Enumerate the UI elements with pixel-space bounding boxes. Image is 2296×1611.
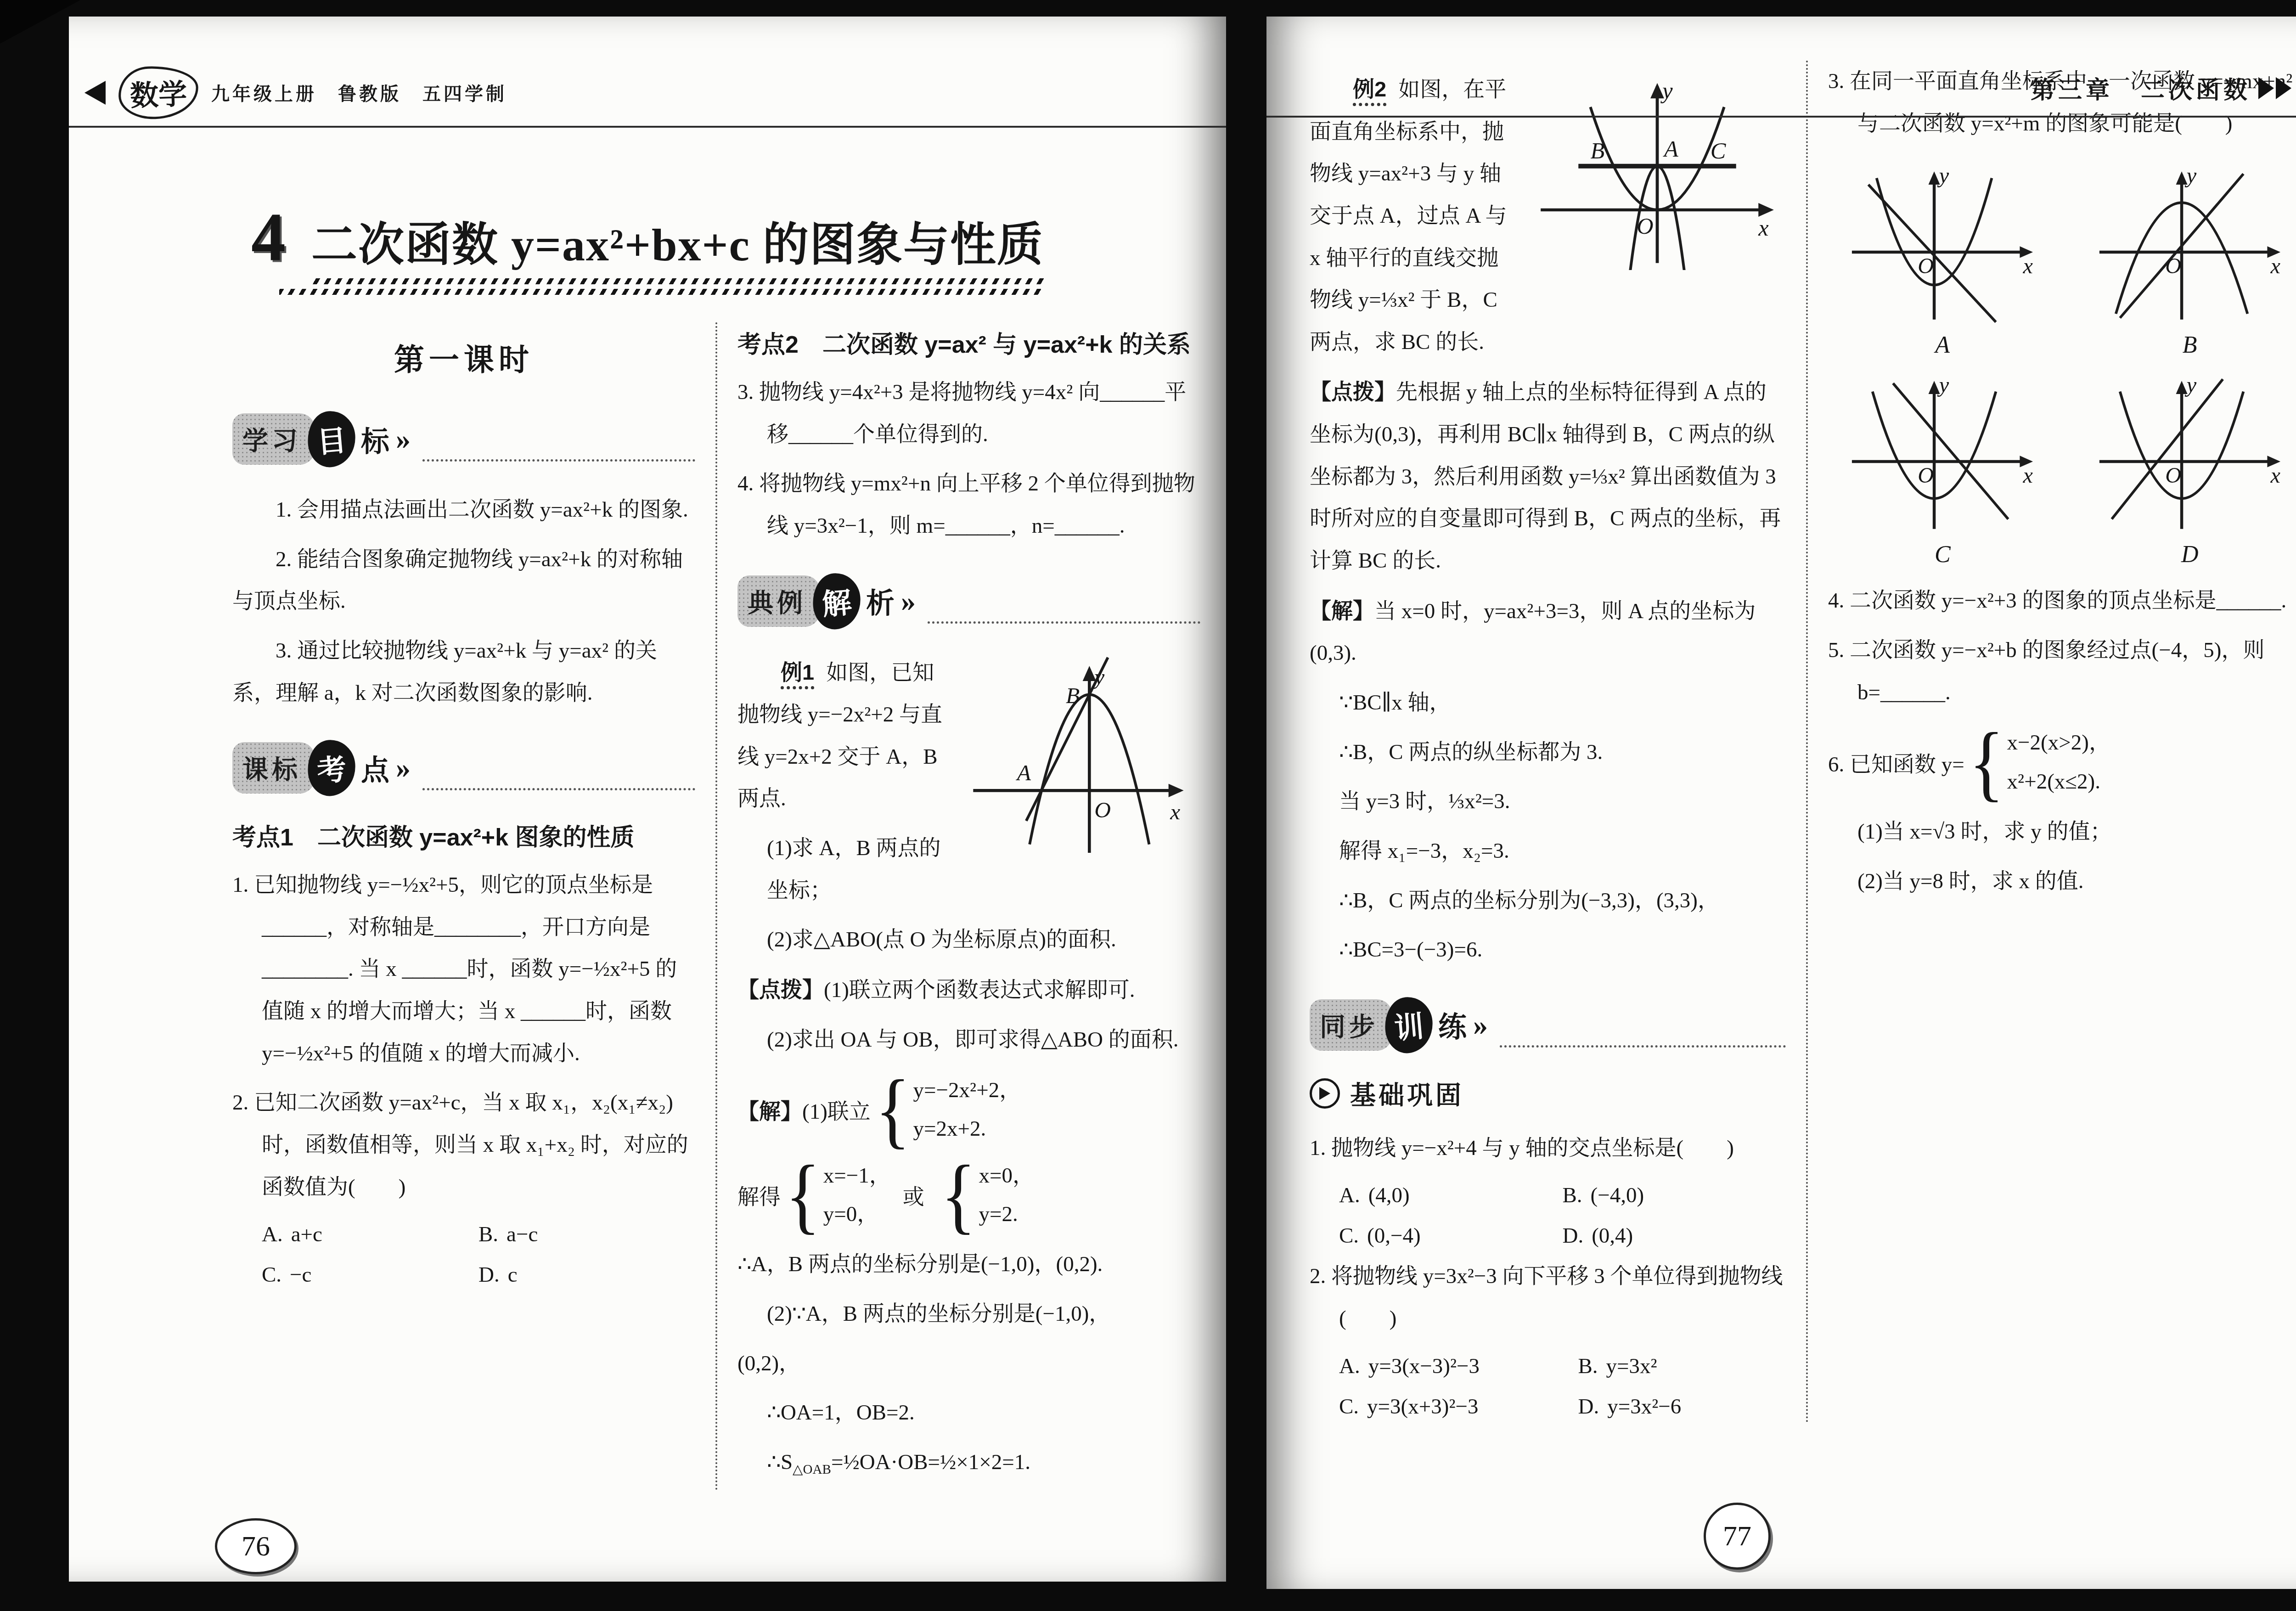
option-text: (−4,0): [1591, 1183, 1644, 1207]
option-b: B.a−c: [478, 1222, 695, 1247]
option-label: C.: [262, 1263, 281, 1287]
graph-caption: A: [1844, 332, 2041, 359]
hint-tag: 【点拨】: [737, 977, 824, 1002]
figure-label-x: x: [1170, 799, 1180, 824]
dotted-leader: [422, 788, 695, 790]
double-arrow-icon: [2258, 77, 2291, 99]
column-2: 考点2 二次函数 y=ax² 与 y=ax²+k 的关系 3. 抛物线 y=4x…: [737, 322, 1200, 1491]
graph-caption: C: [1844, 541, 2041, 568]
option-text: y=3(x−3)²−3: [1368, 1354, 1480, 1378]
badge-rest-part: 点: [361, 748, 389, 789]
solve-word: 解得: [737, 1180, 781, 1211]
equation-line: y=2x+2.: [913, 1115, 1021, 1143]
figure-label-O: O: [1918, 254, 1934, 279]
example-1: y B A O x 例1如图，已知抛物线 y=−2x²+2 与直线 y=2x+2…: [737, 651, 1200, 1484]
example-2-sol2: ∵BC∥x 轴，: [1310, 682, 1786, 724]
figure-label-O: O: [1918, 464, 1934, 488]
sync-training-badge: 同步 训 练 »: [1310, 997, 1786, 1053]
option-d: D.(0,4): [1563, 1223, 1786, 1248]
goal-item: 1. 会用描点法画出二次函数 y=ax²+k 的图象.: [232, 489, 695, 531]
figure-label-y: y: [1937, 373, 1949, 398]
wavy-underline: [311, 278, 1044, 284]
example-2-tag: 例2: [1353, 77, 1386, 106]
scan-corner-shadow: [0, 0, 80, 44]
option-label: A.: [1339, 1183, 1360, 1207]
column-divider: [715, 322, 717, 1491]
badge-arrows: »: [396, 751, 409, 785]
question-6-sub1: (1)当 x=√3 时，求 y 的值；: [1828, 811, 2296, 853]
example-2-sol1: 【解】当 x=0 时，y=ax²+3=3，则 A 点的坐标为(0,3).: [1310, 590, 1786, 675]
s-subscript: △OAB: [793, 1462, 831, 1477]
question-2-options: A.a+c B.a−c C.−c D.c: [232, 1222, 695, 1287]
example-2-sol5: 解得 x₁=−3，x₂=3.: [1310, 830, 1786, 873]
option-label: D.: [478, 1263, 500, 1287]
arrow-circle-icon: [1310, 1078, 1340, 1109]
example-2-figure: y A B C O x: [1529, 73, 1786, 270]
option-text: (0,−4): [1367, 1224, 1421, 1248]
badge-gray-part: 课标: [232, 742, 315, 794]
header-rule: [1266, 116, 2296, 118]
page-number-77: 77: [1704, 1503, 1771, 1570]
figure-label-O: O: [1094, 797, 1111, 822]
subject-badge: 数学: [118, 65, 199, 120]
wavy-underline: [279, 289, 1041, 295]
example-1-sol2-line1: (2)∵A，B 两点的坐标分别是(−1,0)，: [737, 1293, 1200, 1335]
goal-item: 2. 能结合图象确定抛物线 y=ax²+k 的对称轴与顶点坐标.: [232, 539, 695, 623]
option-label: B.: [1578, 1354, 1598, 1378]
column-1: 第一课时 学习 目 标 » 1. 会用描点法画出二次函数 y=ax²+k 的图象…: [232, 322, 695, 1491]
option-label: A.: [1339, 1354, 1360, 1378]
figure-label-A: A: [1663, 136, 1678, 162]
option-graphs: y O x A y O: [1828, 161, 2296, 568]
question-4-right: 4. 二次函数 y=−x²+3 的图象的顶点坐标是______.: [1828, 580, 2296, 622]
example-2-hint: 【点拨】先根据 y 轴上点的坐标特征得到 A 点的坐标为(0,3)，再利用 BC…: [1310, 371, 1786, 582]
section-title: 4 二次函数 y=ax²+bx+c 的图象与性质: [69, 198, 1226, 295]
badge-blob-part: 解: [810, 571, 863, 631]
column-4: 3. 在同一平面直角坐标系中，一次函数 y=−mx+n² 与二次函数 y=x²+…: [1828, 61, 2296, 1424]
page-right: 第三章 二次函数 y A B: [1266, 17, 2296, 1589]
option-label: C.: [1339, 1224, 1359, 1248]
option-label: D.: [1563, 1224, 1584, 1248]
example-2-sol6: ∴B，C 两点的坐标分别为(−3,3)，(3,3)，: [1310, 880, 1786, 922]
figure-label-O: O: [2165, 254, 2181, 279]
option-a: A.(4,0): [1339, 1183, 1563, 1208]
question-6-sub2: (2)当 y=8 时，求 x 的值.: [1828, 861, 2296, 903]
basic-question-1-options: A.(4,0) B.(−4,0) C.(0,−4) D.(0,4): [1310, 1183, 1786, 1248]
example-1-solution-system2: 解得 { x=−1， y=0， 或 { x=0，: [737, 1158, 1200, 1232]
equation-line: x=−1，: [823, 1162, 891, 1189]
s-symbol: ∴S: [767, 1450, 793, 1474]
example-1-hint2: (2)求出 OA 与 OB，即可求得△ABO 的面积.: [737, 1019, 1200, 1061]
example-1-part2: (2)求△ABO(点 O 为坐标原点)的面积.: [737, 919, 1200, 961]
figure-label-x: x: [1758, 215, 1768, 241]
badge-rest-part: 标: [361, 419, 389, 460]
option-text: (4,0): [1368, 1183, 1410, 1207]
left-page-header: 数学 九年级上册 鲁教版 五四学制: [84, 66, 507, 119]
hint-text: 先根据 y 轴上点的坐标特征得到 A 点的坐标为(0,3)，再利用 BC∥x 轴…: [1310, 380, 1781, 573]
page-number-76: 76: [215, 1518, 297, 1574]
equation-line: y=−2x²+2，: [913, 1077, 1021, 1104]
example-analysis-badge: 典例 解 析 »: [737, 573, 1200, 629]
question-5-right: 5. 二次函数 y=−x²+b 的图象经过点(−4，5)，则 b=______.: [1828, 630, 2296, 714]
right-page-columns: y A B C O x 例2如图，在平面直角坐标系中，抛物线 y=ax²+3 与…: [1266, 17, 2296, 1424]
solution-lead: (1)联立: [802, 1094, 871, 1125]
section-title-text: 二次函数 y=ax²+bx+c 的图象与性质: [311, 208, 1044, 295]
example-2: y A B C O x 例2如图，在平面直角坐标系中，抛物线 y=ax²+3 与…: [1310, 68, 1786, 971]
example-2-text: 如图，在平面直角坐标系中，抛物线 y=ax²+3 与 y 轴交于点 A，过点 A…: [1310, 78, 1507, 354]
figure-label-y: y: [2184, 373, 2197, 398]
question-4: 4. 将抛物线 y=mx²+n 向上平移 2 个单位得到抛物线 y=3x²−1，…: [737, 463, 1200, 547]
figure-label-x: x: [2023, 254, 2033, 279]
goal-item: 3. 通过比较抛物线 y=ax²+k 与 y=ax² 的关系，理解 a，k 对二…: [232, 630, 695, 714]
figure-label-x: x: [2270, 254, 2280, 279]
solution-text: 当 x=0 时，y=ax²+3=3，则 A 点的坐标为(0,3).: [1310, 599, 1756, 665]
equation-system: { x=−1， y=0，: [785, 1158, 891, 1232]
kaodian1-heading: 考点1 二次函数 y=ax²+k 图象的性质: [232, 818, 695, 852]
option-d: D.y=3x²−6: [1578, 1394, 1786, 1419]
example-2-sol7: ∴BC=3−(−3)=6.: [1310, 929, 1786, 971]
case-line: x−2(x>2)，: [2007, 729, 2110, 756]
option-label: B.: [478, 1222, 498, 1246]
option-a: A.y=3(x−3)²−3: [1339, 1354, 1578, 1379]
left-page-columns: 第一课时 学习 目 标 » 1. 会用描点法画出二次函数 y=ax²+k 的图象…: [69, 295, 1226, 1491]
figure-label-x: x: [2023, 464, 2033, 488]
figure-label-y: y: [1092, 664, 1104, 689]
figure-label-y: y: [1937, 164, 1949, 188]
brace-glyph: {: [1969, 720, 2004, 805]
example-1-sol2-line4: ∴S△OAB=½OA·OB=½×1×2=1.: [737, 1442, 1200, 1484]
example-1-solution-system1: 【解】 (1)联立 { y=−2x²+2， y=2x+2.: [737, 1073, 1200, 1146]
edition-info: 九年级上册 鲁教版 五四学制: [211, 79, 507, 106]
option-text: a+c: [291, 1222, 322, 1246]
graph-caption: D: [2091, 541, 2289, 568]
badge-blob-part: 训: [1383, 995, 1435, 1055]
solution-tag: 【解】: [1310, 598, 1374, 623]
badge-arrows: »: [901, 584, 914, 618]
badge-arrows: »: [396, 422, 409, 456]
question-1: 1. 已知抛物线 y=−½x²+5，则它的顶点坐标是______，对称轴是___…: [232, 864, 695, 1075]
kaodian2-heading: 考点2 二次函数 y=ax² 与 y=ax²+k 的关系: [737, 325, 1200, 360]
question-6-lead: 6. 已知函数 y=: [1828, 747, 1964, 778]
chapter-title: 第三章 二次函数: [2031, 71, 2251, 105]
section-number: 4: [251, 198, 286, 277]
question-2: 2. 已知二次函数 y=ax²+c，当 x 取 x₁，x₂(x₁≠x₂)时，函数…: [232, 1082, 695, 1208]
equation-system: { x=0， y=2.: [941, 1158, 1034, 1232]
option-text: a−c: [506, 1222, 538, 1246]
option-b: B.y=3x²: [1578, 1354, 1786, 1379]
figure-label-C: C: [1711, 138, 1727, 163]
badge-rest-part: 练: [1438, 1004, 1467, 1045]
option-text: (0,4): [1592, 1224, 1633, 1248]
option-label: C.: [1339, 1395, 1359, 1419]
piecewise-function: { x−2(x>2)， x²+2(x≤2).: [1969, 726, 2110, 799]
option-graph-D: y O x D: [2091, 371, 2289, 568]
hint-text: (1)联立两个函数表达式求解即可.: [824, 978, 1135, 1002]
option-label: D.: [1578, 1395, 1599, 1419]
column-divider: [1806, 61, 1808, 1424]
badge-arrows: »: [1473, 1008, 1486, 1042]
brace-glyph: {: [785, 1153, 821, 1237]
s-expression: =½OA·OB=½×1×2=1.: [831, 1450, 1030, 1474]
example-2-sol4: 当 y=3 时，⅓x²=3.: [1310, 781, 1786, 823]
question-3: 3. 抛物线 y=4x²+3 是将抛物线 y=4x² 向______平移____…: [737, 372, 1200, 456]
left-arrow-icon: [84, 81, 106, 105]
figure-label-A: A: [1016, 760, 1031, 785]
figure-label-y: y: [1660, 78, 1673, 103]
basic-question-1: 1. 抛物线 y=−x²+4 与 y 轴的交点坐标是( ): [1310, 1127, 1786, 1170]
scanned-spread: 数学 九年级上册 鲁教版 五四学制 4 二次函数 y=ax²+bx+c 的图象与…: [0, 0, 2296, 1611]
badge-gray-part: 学习: [232, 413, 315, 465]
column-3: y A B C O x 例2如图，在平面直角坐标系中，抛物线 y=ax²+3 与…: [1310, 61, 1786, 1424]
basic-consolidation-heading: 基础巩固: [1310, 1075, 1786, 1112]
example-1-text: 如图，已知抛物线 y=−2x²+2 与直线 y=2x+2 交于 A，B 两点.: [737, 661, 942, 811]
equation-system: { y=−2x²+2， y=2x+2.: [875, 1073, 1021, 1146]
figure-label-O: O: [2165, 464, 2181, 488]
badge-gray-part: 典例: [737, 575, 820, 627]
basic-question-2-options: A.y=3(x−3)²−3 B.y=3x² C.y=3(x+3)²−3 D.y=…: [1310, 1354, 1786, 1419]
header-rule: [69, 126, 1226, 128]
hint-tag: 【点拨】: [1310, 379, 1396, 404]
case-line: x²+2(x≤2).: [2007, 768, 2110, 795]
figure-label-B: B: [1590, 138, 1604, 163]
example-1-hint1: 【点拨】(1)联立两个函数表达式求解即可.: [737, 969, 1200, 1012]
brace-glyph: {: [941, 1153, 976, 1237]
figure-label-O: O: [1637, 213, 1653, 239]
option-graph-A: y O x A: [1844, 161, 2041, 359]
option-b: B.(−4,0): [1563, 1183, 1786, 1208]
option-text: y=3x²: [1606, 1354, 1657, 1378]
lesson-heading: 第一课时: [232, 335, 695, 379]
figure-label-x: x: [2270, 464, 2280, 488]
basic-consolidation-label: 基础巩固: [1350, 1075, 1464, 1112]
solution-tag: 【解】: [737, 1094, 802, 1125]
example-1-sol2-line3: ∴OA=1，OB=2.: [737, 1392, 1200, 1434]
badge-rest-part: 析: [866, 580, 895, 621]
option-label: A.: [262, 1222, 283, 1246]
option-d: D.c: [478, 1262, 695, 1287]
brace-glyph: {: [875, 1067, 911, 1152]
dotted-leader: [422, 459, 695, 462]
option-text: y=3x²−6: [1607, 1395, 1681, 1419]
option-text: c: [508, 1263, 518, 1287]
question-6-right: 6. 已知函数 y= { x−2(x>2)， x²+2(x≤2).: [1828, 726, 2296, 799]
study-goal-badge: 学习 目 标 »: [232, 411, 695, 467]
right-page-header: 第三章 二次函数: [2031, 71, 2291, 105]
option-label: B.: [1563, 1183, 1582, 1207]
option-graph-C: y O x C: [1844, 371, 2041, 568]
dotted-leader: [928, 621, 1200, 624]
figure-label-B: B: [1066, 682, 1080, 708]
option-c: C.−c: [262, 1262, 478, 1287]
title-text: 二次函数 y=ax²+bx+c 的图象与性质: [311, 220, 1044, 270]
equation-line: y=0，: [823, 1201, 891, 1228]
basic-question-2: 2. 将抛物线 y=3x²−3 向下平移 3 个单位得到抛物线( ): [1310, 1256, 1786, 1340]
page-left: 数学 九年级上册 鲁教版 五四学制 4 二次函数 y=ax²+bx+c 的图象与…: [69, 17, 1226, 1582]
option-a: A.a+c: [262, 1222, 478, 1247]
equation-line: y=2.: [979, 1201, 1035, 1228]
figure-label-y: y: [2184, 164, 2197, 188]
option-c: C.y=3(x+3)²−3: [1339, 1394, 1578, 1419]
option-graph-B: y O x B: [2091, 161, 2289, 359]
example-1-conclusion1: ∴A，B 两点的坐标分别是(−1,0)，(0,2).: [737, 1244, 1200, 1286]
badge-blob-part: 考: [305, 738, 358, 798]
option-c: C.(0,−4): [1339, 1223, 1563, 1248]
badge-blob-part: 目: [305, 409, 358, 469]
option-text: −c: [290, 1263, 311, 1287]
equation-line: x=0，: [979, 1162, 1035, 1189]
exam-point-badge: 课标 考 点 »: [232, 740, 695, 796]
example-1-sol2-line2: (0,2)，: [737, 1343, 1200, 1385]
dotted-leader: [1500, 1045, 1786, 1048]
or-word: 或: [903, 1180, 924, 1211]
example-2-sol3: ∴B，C 两点的纵坐标都为 3.: [1310, 732, 1786, 774]
example-1-figure: y B A O x: [962, 656, 1200, 858]
example-1-tag: 例1: [781, 660, 814, 689]
option-text: y=3(x+3)²−3: [1367, 1395, 1478, 1419]
badge-gray-part: 同步: [1310, 999, 1392, 1051]
graph-caption: B: [2091, 332, 2289, 359]
